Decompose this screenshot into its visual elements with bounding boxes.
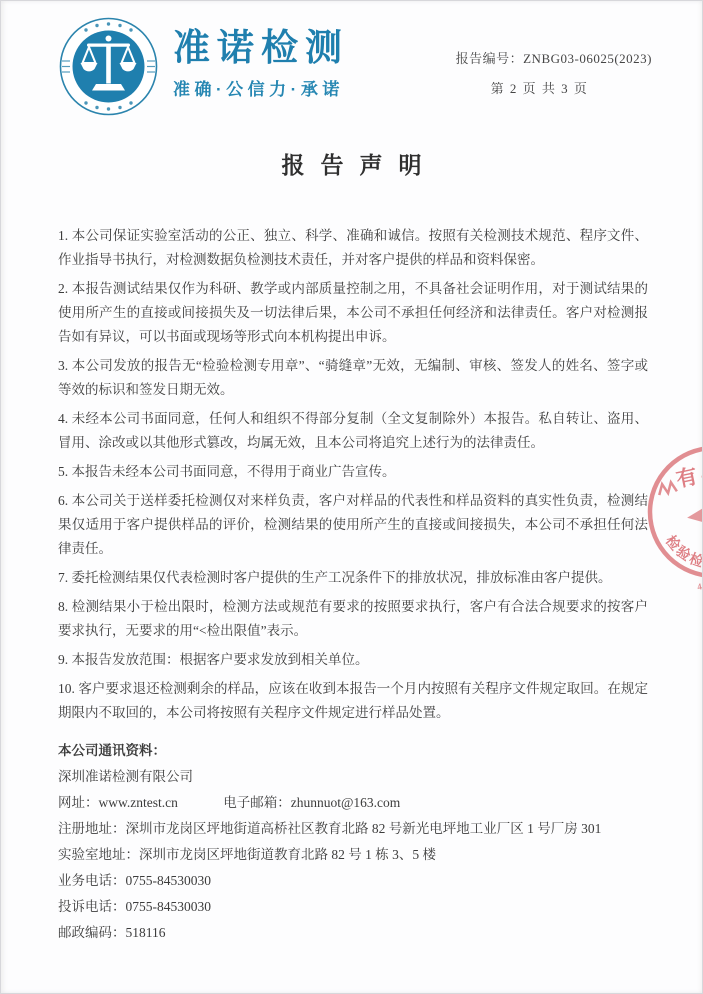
seal-digits: 4 0 3 <box>696 574 703 592</box>
page-header: 准诺检测 准确·公信力·承诺 报告编号：ZNBG03-06025(2023) 第… <box>1 1 702 121</box>
statement-body: 1. 本公司保证实验室活动的公正、独立、科学、准确和诚信。按照有关检测技术规范、… <box>58 224 648 725</box>
business-phone-label: 业务电话： <box>58 873 126 888</box>
statement-paragraph: 2. 本报告测试结果仅作为科研、教学或内部质量控制之用，不具备社会证明作用，对于… <box>58 277 648 349</box>
website-line: 网址：www.zntest.cn <box>58 795 178 810</box>
email-line: 电子邮箱：zhunnuot@163.com <box>223 795 400 810</box>
statement-paragraph: 8. 检测结果小于检出限时，检测方法或规范有要求的按照要求执行，客户有合法合规要… <box>58 595 648 643</box>
report-number-value: ZNBG03-06025(2023) <box>523 51 652 66</box>
website-email-row: 网址：www.zntest.cn 电子邮箱：zhunnuot@163.com <box>58 793 648 813</box>
brand-name: 准诺检测 <box>173 28 349 68</box>
registered-address-label: 注册地址： <box>58 821 126 836</box>
report-number-label: 报告编号： <box>456 51 524 66</box>
statement-paragraph: 1. 本公司保证实验室活动的公正、独立、科学、准确和诚信。按照有关检测技术规范、… <box>58 224 648 272</box>
report-title: 报告声明 <box>1 147 702 180</box>
complaint-phone-row: 投诉电话：0755-84530030 <box>58 897 648 917</box>
lab-address-row: 实验室地址：深圳市龙岗区坪地街道教育北路 82 号 1 栋 3、5 楼 <box>58 845 648 865</box>
statement-paragraph: 9. 本报告发放范围：根据客户要求发放到相关单位。 <box>58 648 648 672</box>
seal-bottom-text: 检验检测 <box>660 524 703 583</box>
postcode-row: 邮政编码：518116 <box>58 923 648 943</box>
statement-paragraph: 6. 本公司关于送样委托检测仅对来样负责，客户对样品的代表性和样品资料的真实性负… <box>58 489 648 561</box>
page-indicator: 第 2 页 共 3 页 <box>456 78 652 97</box>
lab-address-label: 实验室地址： <box>58 847 139 862</box>
business-phone-row: 业务电话：0755-84530030 <box>58 871 648 891</box>
business-phone-value: 0755-84530030 <box>126 873 212 888</box>
company-name: 深圳准诺检测有限公司 <box>58 767 648 787</box>
registered-address-value: 深圳市龙岗区坪地街道高桥社区教育北路 82 号新光电坪地工业厂区 1 号厂房 3… <box>126 821 602 836</box>
lab-address-value: 深圳市龙岗区坪地街道教育北路 82 号 1 栋 3、5 楼 <box>139 847 436 862</box>
statement-paragraph: 4. 未经本公司书面同意，任何人和组织不得部分复制（全文复制除外）本报告。私自转… <box>58 407 648 455</box>
brand-slogan: 准确·公信力·承诺 <box>173 75 349 100</box>
website-label: 网址： <box>58 795 99 810</box>
brand-block: 准诺检测 准确·公信力·承诺 <box>173 28 349 100</box>
seal-top-char: 有 <box>674 464 700 492</box>
company-logo <box>58 16 159 117</box>
statement-paragraph: 10. 客户要求退还检测剩余的样品，应该在收到本报告一个月内按照有关程序文件规定… <box>58 677 648 725</box>
postcode-value: 518116 <box>126 925 166 940</box>
email-value: zhunnuot@163.com <box>291 795 401 810</box>
scales-of-justice-icon <box>61 19 157 115</box>
statement-paragraph: 5. 本报告未经本公司书面同意，不得用于商业广告宣传。 <box>58 460 648 484</box>
report-page: 准诺检测 准确·公信力·承诺 报告编号：ZNBG03-06025(2023) 第… <box>0 0 703 994</box>
svg-text:检验检测: 检验检测 <box>660 524 703 583</box>
complaint-phone-label: 投诉电话： <box>58 899 126 914</box>
registered-address-row: 注册地址：深圳市龙岗区坪地街道高桥社区教育北路 82 号新光电坪地工业厂区 1 … <box>58 819 648 839</box>
postcode-label: 邮政编码： <box>58 925 126 940</box>
website-value: www.zntest.cn <box>99 795 178 810</box>
statement-paragraph: 3. 本公司发放的报告无“检验检测专用章”、“骑缝章”无效，无编制、审核、签发人… <box>58 354 648 402</box>
report-meta: 报告编号：ZNBG03-06025(2023) 第 2 页 共 3 页 <box>456 48 652 97</box>
complaint-phone-value: 0755-84530030 <box>126 899 212 914</box>
email-label: 电子邮箱： <box>223 795 291 810</box>
statement-paragraph: 7. 委托检测结果仅代表检测时客户提供的生产工况条件下的排放状况，排放标准由客户… <box>58 566 648 590</box>
report-number-line: 报告编号：ZNBG03-06025(2023) <box>456 48 652 67</box>
contact-section: 本公司通讯资料： 深圳准诺检测有限公司 网址：www.zntest.cn 电子邮… <box>58 741 648 943</box>
contact-heading: 本公司通讯资料： <box>58 741 648 761</box>
